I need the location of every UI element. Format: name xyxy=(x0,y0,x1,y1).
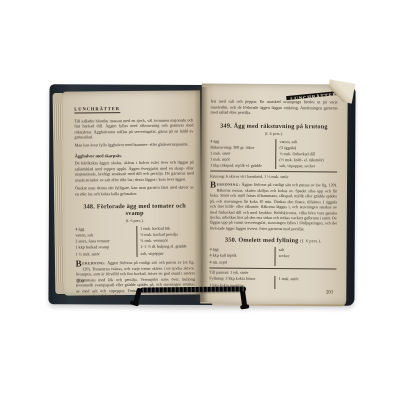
recipe-349-ingredients-left: 4 ägg Räkstuvning: 300 gr. räkor 1 msk. … xyxy=(210,138,275,169)
left-paragraph-3: De hårdkokta äggen skalas, skäras i halv… xyxy=(75,160,194,183)
recipe-349-ingredients-right: vatten, salt (3 äggula) ½ msk. finhackad… xyxy=(275,139,337,170)
recipe-348-ingredients-right: 1 msk. hackad lök ½ msk. hackad persilja… xyxy=(136,226,194,257)
left-running-header: LUNCHRÄTTER xyxy=(74,106,120,113)
recipe-348-serves: (f. 6 pers.). xyxy=(75,218,194,224)
recipe-350-ingredients-left: 4 ägg 4 kkp kall mjölk 4 tsk. mjöl xyxy=(210,247,275,266)
recipe-348-ingredients: 4 ägg vatten, salt 2 stora, fasta tomate… xyxy=(75,226,194,258)
divider-rule xyxy=(210,171,337,172)
divider-rule xyxy=(209,267,336,268)
left-page: LUNCHRÄTTER Till sallader blandas massan… xyxy=(62,90,202,295)
recipe-350-serves: (f. 6 pers.). xyxy=(300,238,321,243)
recipe-348-ingredients-left: 4 ägg vatten, salt 2 stora, fasta tomate… xyxy=(75,226,136,257)
recipe-350-till-pannan: Till pannan: 1 tsk. smör xyxy=(209,269,336,275)
right-page: LUNCHRÄTTER fett med salt och peppar. En… xyxy=(200,83,348,304)
recipe-350-ingredients-right: salt socker xyxy=(275,247,337,266)
left-subheading: Ägghalvor med skarpsås. xyxy=(75,152,194,158)
recipe-349-instructions: BEREDNING: Äggen förloras på vanligt sät… xyxy=(210,182,337,232)
recipe-349-serves: (f. 6 pers.). xyxy=(210,130,337,136)
left-paragraph-4: Önskar man denna rätt fylligare, kan man… xyxy=(75,184,194,196)
recipe-349-ingredients: 4 ägg Räkstuvning: 300 gr. räkor 1 msk. … xyxy=(210,138,337,170)
recipe-350-ingredients: 4 ägg 4 kkp kall mjölk 4 tsk. mjöl salt … xyxy=(210,247,337,266)
recipe-350-title: 350. Omelett med fyllning (f. 6 pers.). xyxy=(210,237,337,245)
right-page-number: 201 xyxy=(326,290,333,295)
recipe-349-krutong: Krutong: 6 skivor vitt formbröd, 1 ½ msk… xyxy=(210,173,337,179)
right-paragraph-1: fett med salt och peppar. En matsked sva… xyxy=(211,99,338,117)
dropcap-b: B xyxy=(76,261,82,269)
left-paragraph-1: Till sallader blandas massan med en tjoc… xyxy=(74,117,193,140)
left-page-number: 200 xyxy=(77,279,84,284)
left-paragraph-2: Man kan även fylla ägghalvor med hummer-… xyxy=(75,142,194,149)
photo-canvas: LUNCHRÄTTER Till sallader blandas massan… xyxy=(0,0,400,400)
recipe-348-title: 348. Förlorade ägg med tomater och svamp xyxy=(75,203,194,218)
recipe-349-title: 349. Ägg med räkstuvning på krutong xyxy=(210,122,337,130)
dropcap-b: B xyxy=(210,182,216,190)
